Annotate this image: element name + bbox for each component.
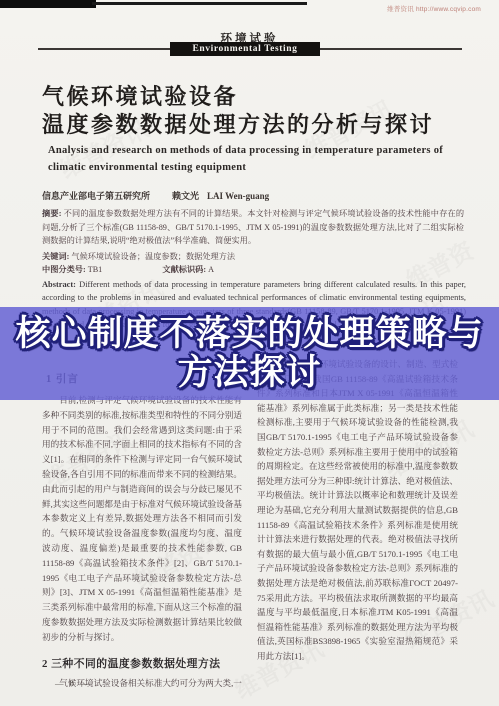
body-right-column: 类,主要用于气候环境试验设备的设计、制造、型式检验及出厂检验,我国GB 1115…	[257, 357, 458, 663]
author-line: 信息产业部电子第五研究所赖文光LAI Wen-guang	[42, 189, 472, 202]
column-title-en-badge: Environmental Testing	[170, 42, 320, 56]
keywords-line: 关键词: 气候环境试验设备；温度参数；数据处理方法	[42, 251, 464, 262]
clc-label: 中图分类号:	[42, 265, 86, 274]
doc-code-value: A	[208, 265, 214, 274]
overlay-banner-line1: 核心制度不落实的处理策略与	[15, 315, 483, 354]
doc-code-label: 文献标识码:	[162, 265, 206, 274]
abstract-cn-text: 不同的温度参数数据处理方法有不同的计算结果。本文针对检测与评定气候环境试验设备的…	[42, 209, 464, 245]
scan-artifact-line	[92, 2, 307, 5]
right-column-paragraph: 类,主要用于气候环境试验设备的设计、制造、型式检验及出厂检验,我国GB 1115…	[257, 357, 458, 663]
author-affiliation: 信息产业部电子第五研究所	[42, 191, 150, 201]
author-name-cn: 赖文光	[172, 191, 199, 201]
keywords-text: 气候环境试验设备；温度参数；数据处理方法	[71, 252, 235, 261]
scan-artifact-bar	[0, 0, 96, 8]
keywords-label: 关键词:	[42, 252, 69, 261]
page-number: — 8 —	[55, 678, 91, 688]
section-2-heading: 2 三种不同的温度参数数据处理方法	[42, 656, 242, 671]
scanned-journal-page: 维普资讯 http://www.cqvip.com 维普资讯 维普资讯 维普资讯…	[0, 0, 499, 706]
abstract-cn: 摘要: 不同的温度参数数据处理方法有不同的计算结果。本文针对检测与评定气候环境试…	[42, 207, 464, 248]
body-left-column: 1 引言 目前,检测与评定气候环境试验设备的技术性能有多种不同类别的标准,按标准…	[42, 371, 242, 690]
section-1-paragraph: 目前,检测与评定气候环境试验设备的技术性能有多种不同类别的标准,按标准类型和特性…	[42, 393, 242, 645]
article-title-cn-line1: 气候环境试验设备	[42, 80, 482, 111]
article-title-cn-line2: 温度参数数据处理方法的分析与探讨	[42, 108, 482, 139]
abstract-cn-label: 摘要:	[42, 209, 61, 218]
clc-line: 中图分类号: TB1 文献标识码: A	[42, 264, 464, 275]
overlay-banner-line2: 方法探讨	[177, 354, 321, 393]
clc-value: TB1	[88, 265, 103, 274]
cqvip-watermark: 维普资讯 http://www.cqvip.com	[387, 4, 481, 13]
abstract-en-label: Abstract:	[42, 280, 76, 289]
author-name-en: LAI Wen-guang	[207, 191, 269, 201]
overlay-banner: 核心制度不落实的处理策略与 方法探讨	[0, 307, 499, 400]
article-title-en: Analysis and research on methods of data…	[48, 143, 468, 176]
